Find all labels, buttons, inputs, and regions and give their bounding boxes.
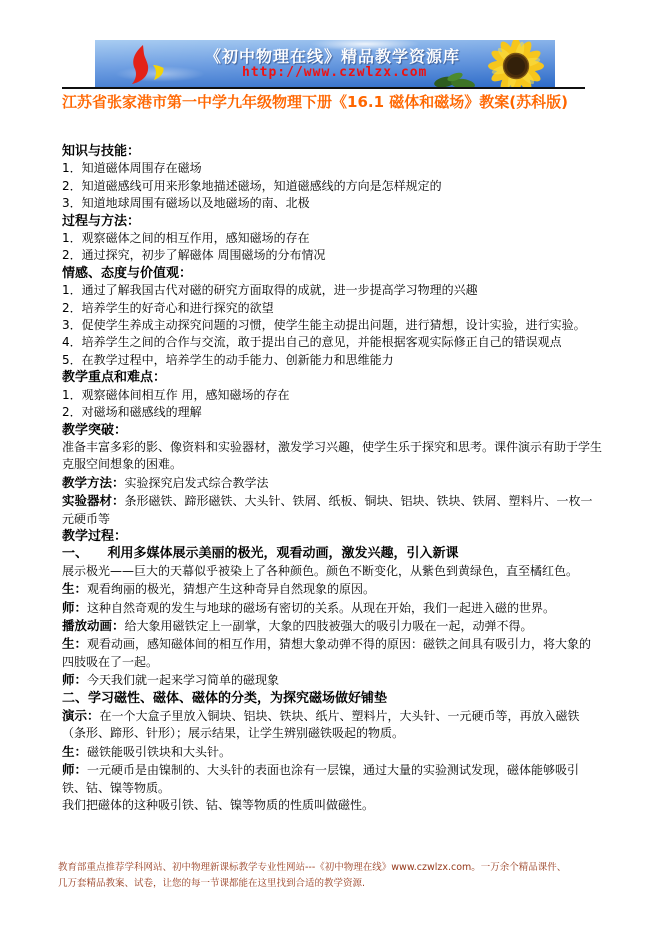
paragraph: 2．培养学生的好奇心和进行探究的欲望 <box>62 300 603 317</box>
paragraph: 1．通过了解我国古代对磁的研究方面取得的成就，进一步提高学习物理的兴趣 <box>62 282 603 299</box>
paragraph-lead-label: 播放动画： <box>62 618 125 633</box>
paragraph: 2．知道磁感线可用来形象地描述磁场，知道磁感线的方向是怎样规定的 <box>62 178 603 195</box>
sunflower-icon <box>479 40 553 87</box>
paragraph: 播放动画：给大象用磁铁定上一副掌，大象的四肢被强大的吸引力吸在一起，动弹不得。 <box>62 617 603 635</box>
paragraph: 3．促使学生养成主动探究问题的习惯，使学生能主动提出问题，进行猜想，设计实验，进… <box>62 317 603 334</box>
section-heading: 一、 利用多媒体展示美丽的极光，观看动画，激发兴趣，引入新课 <box>62 545 603 562</box>
section-heading: 教学突破： <box>62 422 603 439</box>
section-heading: 教学过程： <box>62 528 603 545</box>
paragraph: 生：观看绚丽的极光，猜想产生这种奇异自然现象的原因。 <box>62 580 603 598</box>
section-heading: 过程与方法： <box>62 213 603 230</box>
paragraph: 4．培养学生之间的合作与交流，敢于提出自己的意见，并能根据客观实际修正自己的错误… <box>62 334 603 351</box>
paragraph-lead-label: 师： <box>62 762 87 777</box>
horizontal-rule <box>62 87 585 89</box>
paragraph: 我们把磁体的这种吸引铁、钴、镍等物质的性质叫做磁性。 <box>62 797 603 814</box>
site-name: 《初中物理在线》精品教学资源库 <box>205 44 460 67</box>
paragraph-lead-label: 师： <box>62 600 87 615</box>
paragraph: 展示极光——巨大的天幕似乎被染上了各种颜色。颜色不断变化，从紫色到黄绿色，直至橘… <box>62 563 603 580</box>
paragraph-lead-label: 生： <box>62 744 87 759</box>
document-title: 江苏省张家港市第一中学九年级物理下册《16.1 磁体和磁场》教案(苏科版) <box>62 92 607 113</box>
paragraph-lead-label: 生： <box>62 636 87 651</box>
paragraph: 师：一元硬币是由镍制的、大头针的表面也涂有一层镍，通过大量的实验测试发现，磁体能… <box>62 761 603 797</box>
paragraph: 师：今天我们就一起来学习简单的磁现象 <box>62 671 603 689</box>
paragraph: 1．观察磁体间相互作 用，感知磁场的存在 <box>62 387 603 404</box>
paragraph: 3．知道地球周围有磁场以及地磁场的南、北极 <box>62 195 603 212</box>
section-heading: 教学重点和难点： <box>62 369 603 386</box>
footer-line: 几万套精品教案、试卷，让您的每一节课都能在这里找到合适的教学资源. <box>58 876 623 892</box>
flame-logo-icon <box>123 44 173 86</box>
paragraph: 5．在教学过程中，培养学生的动手能力、创新能力和思维能力 <box>62 352 603 369</box>
paragraph: 生：磁铁能吸引铁块和大头针。 <box>62 743 603 761</box>
footer-line: 教育部重点推荐学科网站、初中物理新课标教学专业性网站---《初中物理在线》www… <box>58 860 623 876</box>
site-url-link[interactable]: http://www.czwlzx.com <box>242 65 427 80</box>
paragraph-lead-label: 生： <box>62 581 87 596</box>
paragraph-lead-label: 演示： <box>62 708 100 723</box>
paragraph: 师：这种自然奇观的发生与地球的磁场有密切的关系。从现在开始，我们一起进入磁的世界… <box>62 599 603 617</box>
footer-note: 教育部重点推荐学科网站、初中物理新课标教学专业性网站---《初中物理在线》www… <box>58 860 623 891</box>
paragraph: 教学方法：实验探究启发式综合教学法 <box>62 474 603 492</box>
leaf-icon <box>433 71 481 87</box>
paragraph-lead-label: 实验器材： <box>62 493 125 508</box>
site-banner: 《初中物理在线》精品教学资源库 http://www.czwlzx.com <box>95 40 555 87</box>
paragraph-lead-label: 教学方法： <box>62 475 125 490</box>
paragraph: 演示：在一个大盒子里放入铜块、铝块、铁块、纸片、塑料片，大头针、一元硬币等，再放… <box>62 707 603 743</box>
section-heading: 情感、态度与价值观： <box>62 265 603 282</box>
paragraph: 1．知道磁体周围存在磁场 <box>62 160 603 177</box>
paragraph: 2．通过探究，初步了解磁体 周围磁场的分布情况 <box>62 247 603 264</box>
section-heading: 二、学习磁性、磁体、磁体的分类，为探究磁场做好铺垫 <box>62 690 603 707</box>
paragraph: 2．对磁场和磁感线的理解 <box>62 404 603 421</box>
document-body: 知识与技能：1．知道磁体周围存在磁场2．知道磁感线可用来形象地描述磁场，知道磁感… <box>62 143 603 814</box>
paragraph-lead-label: 师： <box>62 672 87 687</box>
paragraph: 1．观察磁体之间的相互作用，感知磁场的存在 <box>62 230 603 247</box>
paragraph: 实验器材：条形磁铁、蹄形磁铁、大头针、铁屑、纸板、铜块、铝块、铁块、铁屑、塑料片… <box>62 492 603 528</box>
paragraph: 准备丰富多彩的影、像资料和实验器材，激发学习兴趣，使学生乐于探究和思考。课件演示… <box>62 439 603 474</box>
section-heading: 知识与技能： <box>62 143 603 160</box>
paragraph: 生：观看动画，感知磁体间的相互作用，猜想大象动弹不得的原因：磁铁之间具有吸引力，… <box>62 635 603 671</box>
document-page: 《初中物理在线》精品教学资源库 http://www.czwlzx.com <box>0 0 661 936</box>
